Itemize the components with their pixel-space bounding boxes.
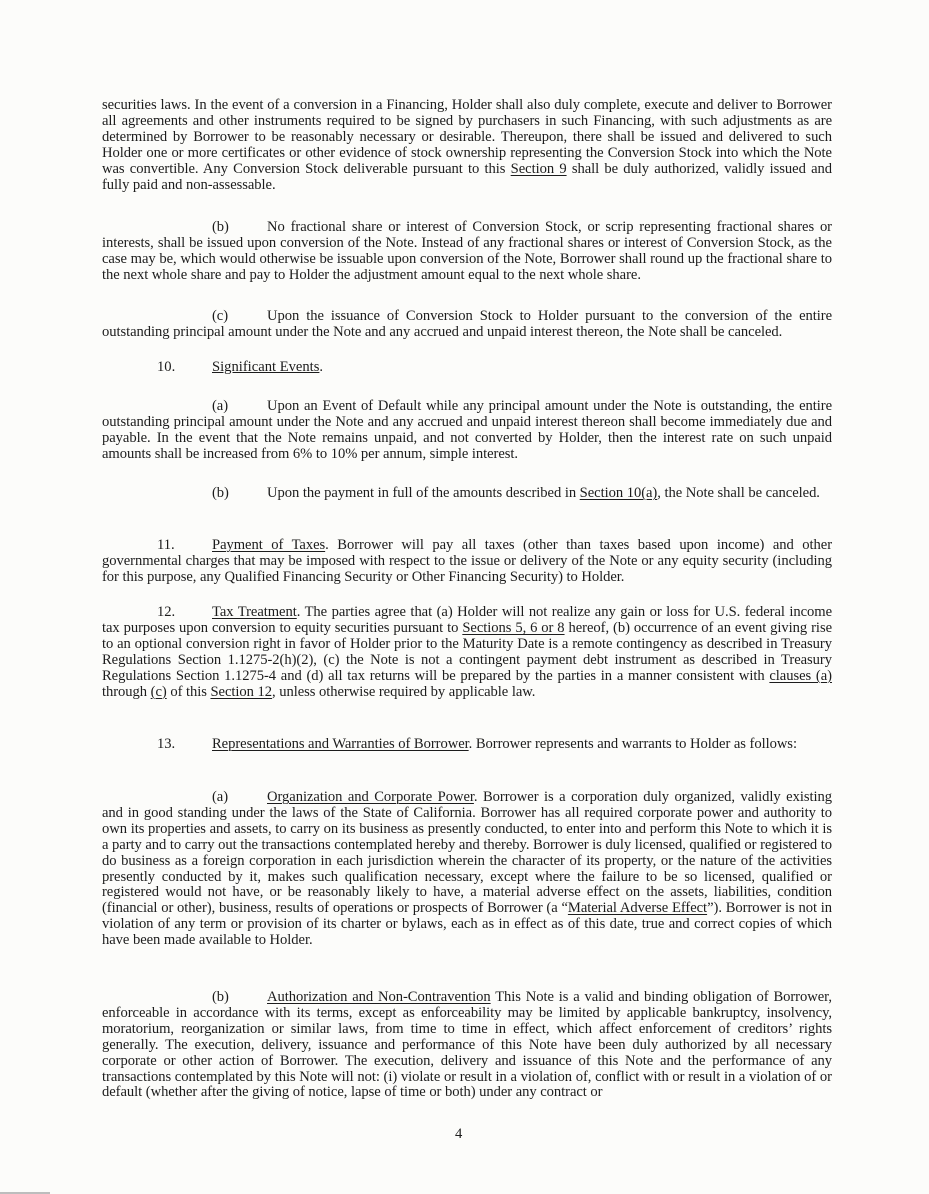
paragraph-9b: (b)No fractional share or interest of Co…: [102, 220, 832, 284]
section-number: 11.: [157, 538, 212, 554]
clause-marker: (b): [212, 220, 267, 236]
paragraph-section-11: 11.Payment of Taxes. Borrower will pay a…: [102, 538, 832, 586]
paragraph-text: . Borrower is a corporation duly organiz…: [102, 789, 832, 916]
section-reference-link: Section 10(a): [580, 485, 658, 501]
heading-punctuation: .: [319, 359, 323, 375]
clause-title: Organization and Corporate Power: [267, 789, 474, 805]
paragraph-section-9-continuation: securities laws. In the event of a conve…: [102, 98, 832, 193]
paragraph-13b: (b)Authorization and Non-Contravention T…: [102, 990, 832, 1101]
clause-title: Authorization and Non-Contravention: [267, 989, 491, 1005]
clause-marker: (c): [212, 309, 267, 325]
section-reference-link: Section 12: [210, 684, 272, 700]
section-reference-link: Section 9: [511, 161, 567, 177]
document-page: securities laws. In the event of a conve…: [0, 0, 929, 1194]
paragraph-section-13: 13.Representations and Warranties of Bor…: [102, 735, 832, 753]
section-number: 12.: [157, 605, 212, 621]
clause-marker: (b): [212, 990, 267, 1006]
clause-reference-link: (c): [151, 684, 167, 700]
section-title: Payment of Taxes: [212, 537, 325, 553]
section-title: Significant Events: [212, 359, 319, 375]
section-number: 10.: [157, 359, 212, 375]
paragraph-13a: (a)Organization and Corporate Power. Bor…: [102, 790, 832, 949]
page-number: 4: [455, 1126, 462, 1143]
paragraph-9c: (c)Upon the issuance of Conversion Stock…: [102, 309, 832, 341]
paragraph-text: Upon the payment in full of the amounts …: [267, 485, 580, 501]
paragraph-10a: (a)Upon an Event of Default while any pr…: [102, 399, 832, 463]
clause-marker: (a): [212, 399, 267, 415]
paragraph-10b: (b)Upon the payment in full of the amoun…: [102, 486, 832, 502]
section-title: Tax Treatment: [212, 604, 297, 620]
paragraph-text: . Borrower represents and warrants to Ho…: [469, 736, 797, 752]
clause-reference-link: clauses (a): [769, 668, 832, 684]
paragraph-text: through: [102, 684, 151, 700]
section-number: 13.: [157, 735, 212, 753]
paragraph-text: , unless otherwise required by applicabl…: [272, 684, 535, 700]
paragraph-text: This Note is a valid and binding obligat…: [102, 989, 832, 1100]
section-title: Representations and Warranties of Borrow…: [212, 736, 469, 752]
defined-term: Material Adverse Effect: [568, 900, 707, 916]
paragraph-section-12: 12.Tax Treatment. The parties agree that…: [102, 605, 832, 700]
clause-marker: (a): [212, 790, 267, 806]
section-10-heading: 10.Significant Events.: [157, 359, 323, 375]
section-reference-link: Sections 5, 6 or 8: [462, 620, 564, 636]
paragraph-text: of this: [167, 684, 211, 700]
paragraph-text: , the Note shall be canceled.: [657, 485, 820, 501]
clause-marker: (b): [212, 486, 267, 502]
